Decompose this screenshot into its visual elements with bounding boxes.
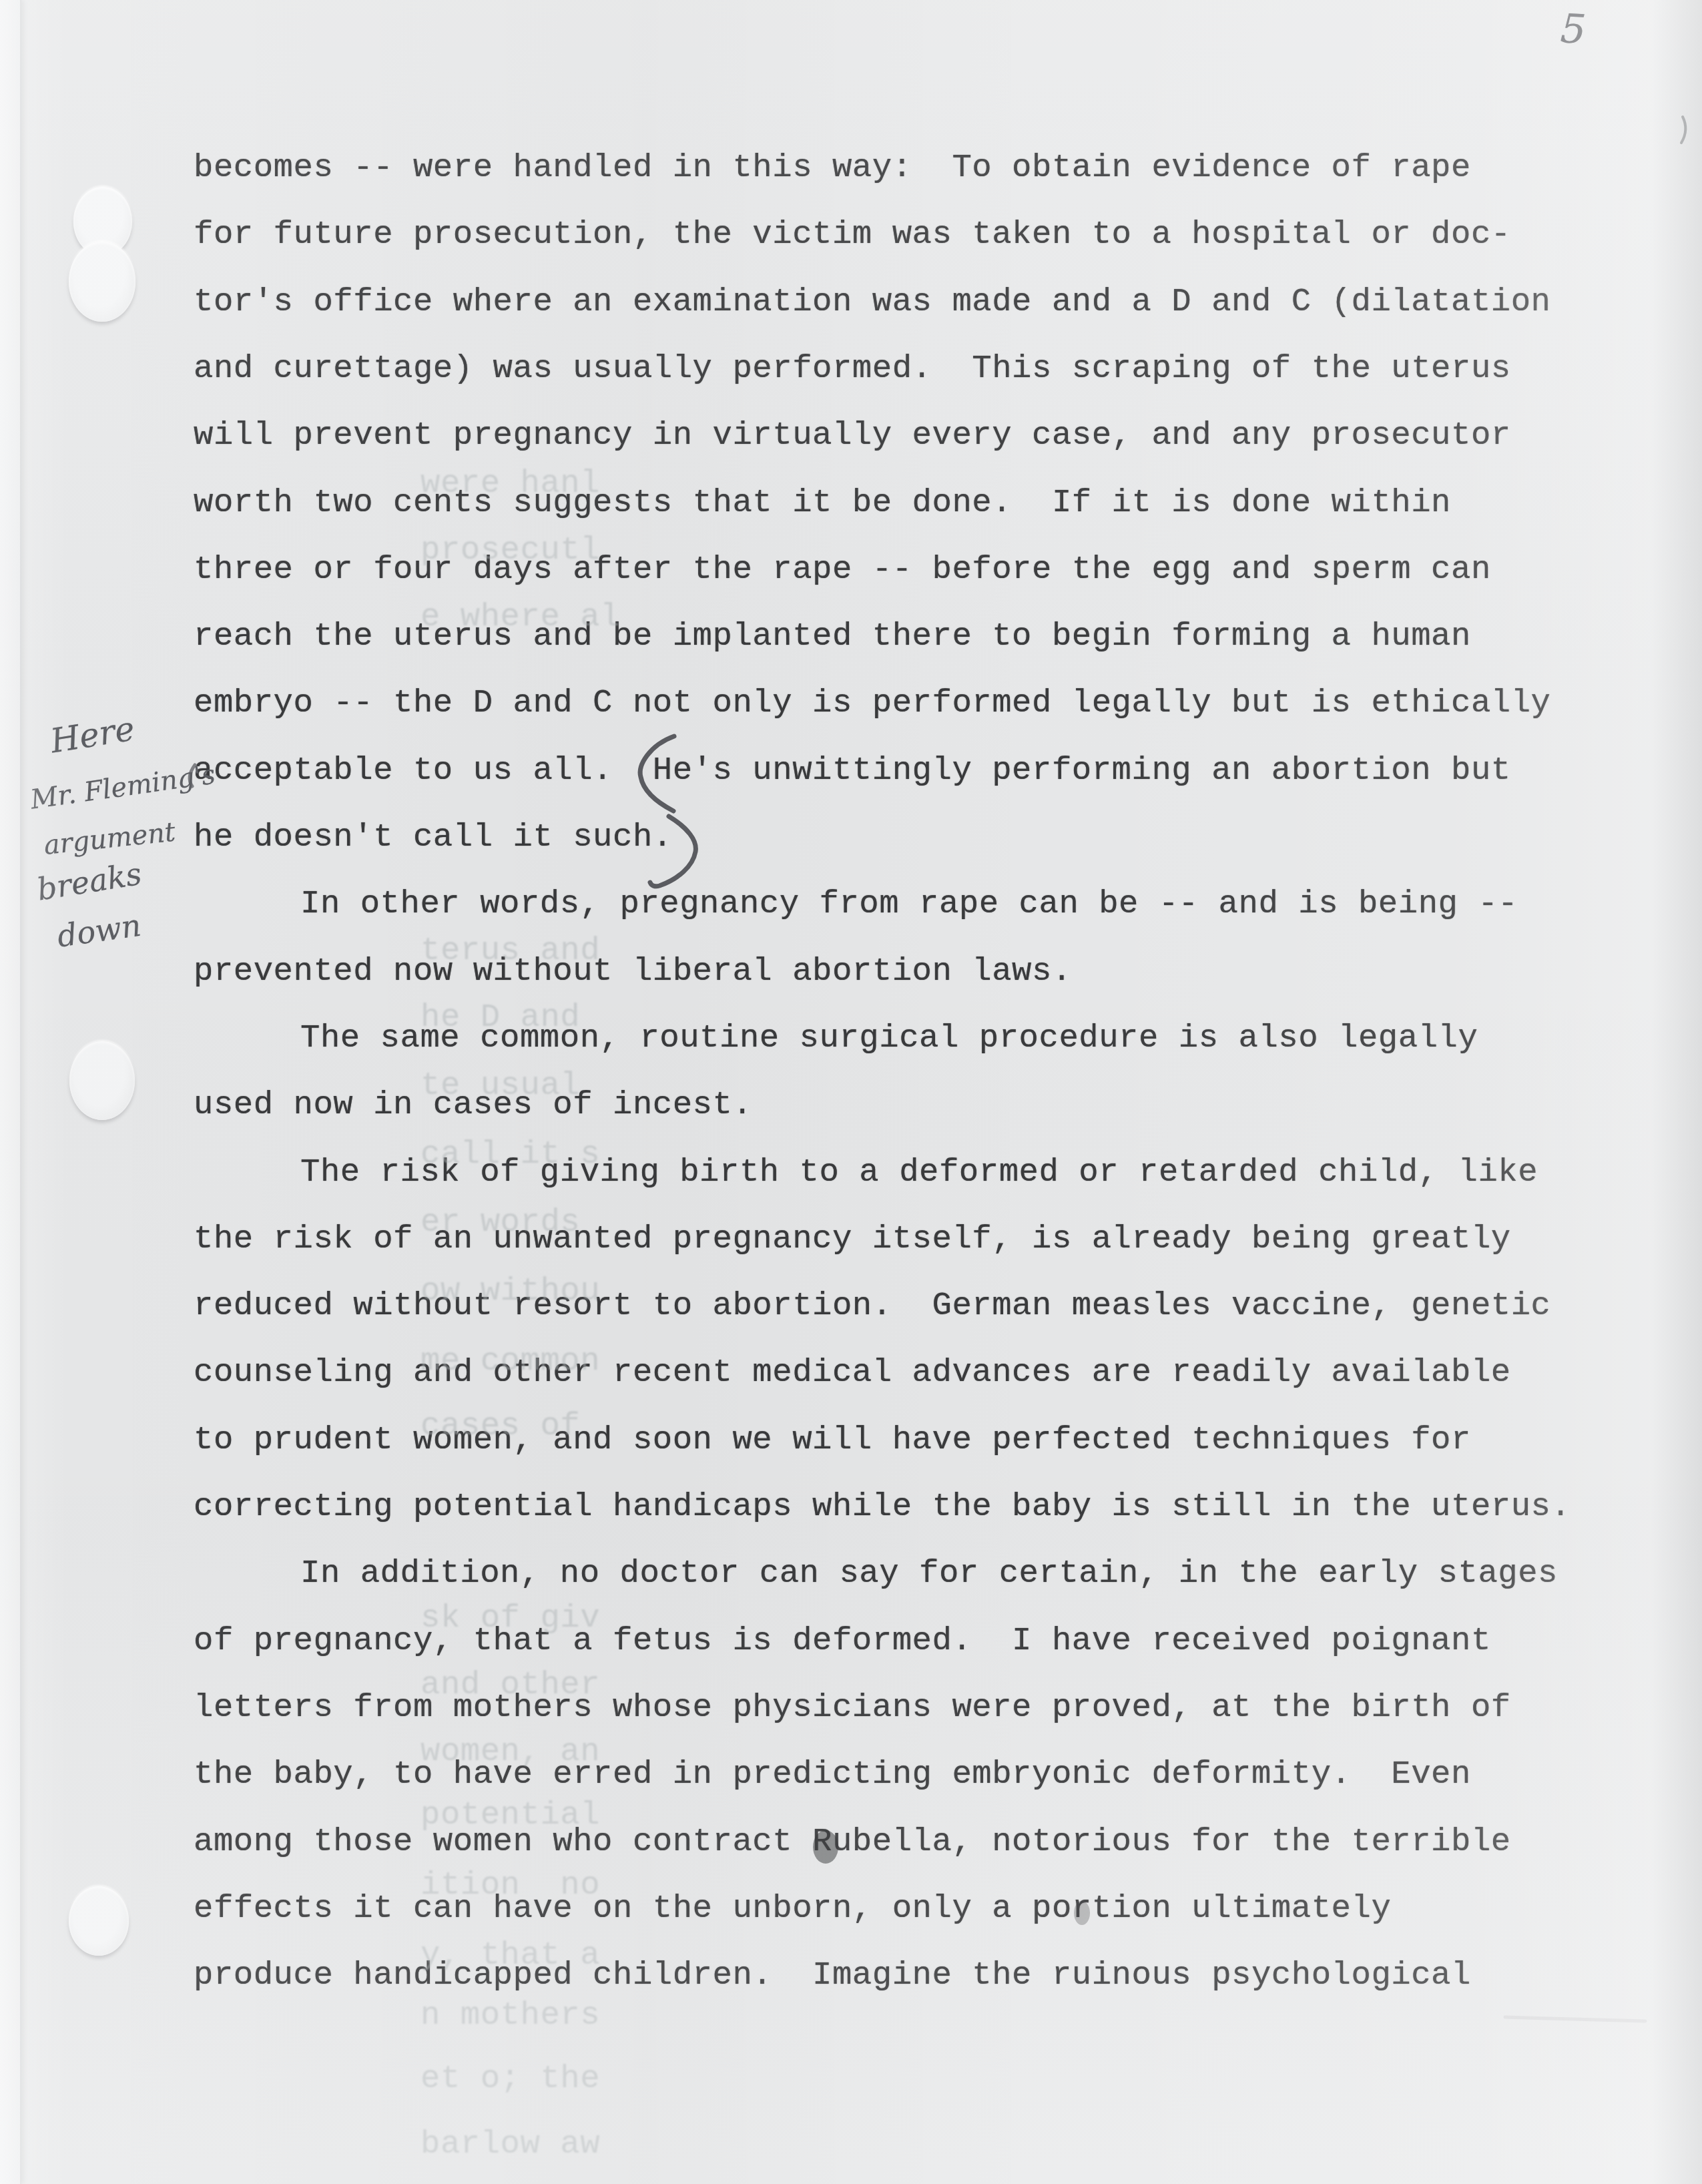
typed-line: worth two cents suggests that it be done… (194, 487, 1451, 519)
scanned-typescript-page: 5 becomes -- were handled in this way: T… (0, 0, 1702, 2184)
hole-punch-top-lower-lobe (69, 242, 135, 322)
typed-line: produce handicapped children. Imagine th… (194, 1959, 1471, 1992)
typed-line: of pregnancy, that a fetus is deformed. … (194, 1625, 1491, 1657)
typed-line: used now in cases of incest. (194, 1089, 752, 1121)
typed-line: acceptable to us all. He's unwittingly p… (194, 754, 1511, 787)
typed-line: The same common, routine surgical proced… (300, 1022, 1478, 1055)
typed-line: tor's office where an examination was ma… (194, 286, 1551, 318)
hole-punch-middle (69, 1041, 135, 1120)
margin-note-word: Mr. Fleming's (29, 759, 218, 815)
typed-line: he doesn't call it such. (194, 821, 673, 854)
typed-line: The risk of giving birth to a deformed o… (300, 1156, 1538, 1189)
typed-line: for future prosecution, the victim was t… (194, 218, 1511, 251)
typed-line: will prevent pregnancy in virtually ever… (194, 419, 1511, 452)
margin-note-word: breaks (35, 856, 144, 908)
typed-line: counseling and other recent medical adva… (194, 1356, 1511, 1389)
typed-line: the baby, to have erred in predicting em… (194, 1758, 1471, 1791)
typed-line: reach the uterus and be implanted there … (194, 620, 1471, 653)
margin-note-word: Here (47, 710, 137, 761)
typed-line: In addition, no doctor can say for certa… (300, 1557, 1558, 1590)
typed-line: reduced without resort to abortion. Germ… (194, 1290, 1551, 1322)
typed-line: becomes -- were handled in this way: To … (194, 152, 1471, 184)
pencil-smudge (1505, 2017, 1645, 2021)
typed-line: embryo -- the D and C not only is perfor… (194, 687, 1551, 720)
ghost-text-fragment: barlow aw (420, 2128, 600, 2161)
typed-line: prevented now without liberal abortion l… (194, 955, 1072, 988)
typed-line: letters from mothers whose physicians we… (194, 1691, 1511, 1724)
typed-line: In other words, pregnancy from rape can … (300, 888, 1518, 920)
typed-line: the risk of an unwanted pregnancy itself… (194, 1223, 1511, 1256)
margin-note-word: argument (43, 816, 178, 860)
typed-line: to prudent women, and soon we will have … (194, 1424, 1471, 1456)
typed-line: and curettage) was usually performed. Th… (194, 352, 1511, 385)
ghost-text-fragment: n mothers (420, 1999, 600, 2032)
hole-punch-bottom (69, 1886, 129, 1956)
margin-note-word: down (55, 907, 143, 954)
typed-line: correcting potential handicaps while the… (194, 1490, 1571, 1523)
page-left-edge-shadow (0, 0, 21, 2184)
ghost-text-fragment: et o; the (420, 2063, 600, 2095)
typed-line: among those women who contract Rubella, … (194, 1826, 1511, 1858)
pencil-scratch (1681, 117, 1685, 143)
typed-line: effects it can have on the unborn, only … (194, 1892, 1391, 1925)
page-number: 5 (1559, 9, 1587, 50)
typed-line: three or four days after the rape -- bef… (194, 553, 1491, 586)
